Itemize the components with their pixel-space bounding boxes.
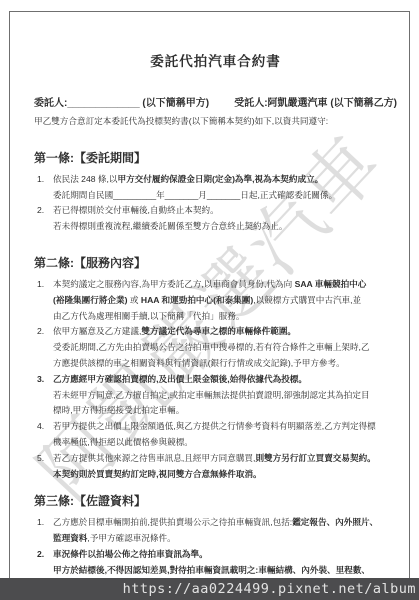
text-segment: 機率極低,得拒絕以此價格參與競標。 xyxy=(53,437,193,447)
text-line: 標時,甲方得拒絕接受此拍定車輛。 xyxy=(53,403,397,419)
text-line: 乙方應於目標車輛開拍前,提供拍賣場公示之待拍車輛資訊,包括:鑑定報告、內外照片、 xyxy=(53,515,397,531)
item-number: 1. xyxy=(37,515,44,531)
list-item: 5. 若乙方提供其他來源之待售車訊息,且經甲方同意購買,則雙方另行訂立買賣交易契… xyxy=(34,451,397,483)
text-segment: 若乙方提供其他來源之待售車訊息,且經甲方同意購買, xyxy=(53,453,255,463)
text-line: 本契約議定之服務內容,為甲方委託乙方,以車商會員身份,代為向 SAA 車輛競拍中… xyxy=(53,277,397,293)
party-principal: 委託人:_____________ (以下簡稱甲方) xyxy=(34,94,209,109)
text-line: 若已得標則於交付車輛後,自動終止本契約。 xyxy=(53,203,397,219)
item-number: 4. xyxy=(37,419,44,435)
text-segment: 甲方於結標後,不得因認知差異,對待拍車輛資訊載明之:車輛結構、內外裝、里程數、 xyxy=(53,565,370,575)
list-item: 3. 乙方應經甲方確認拍賣標的,及出價上限金額後,始得依據代為投標。 若未經甲方… xyxy=(34,372,397,419)
text-segment: 若甲方提供之出價上限金額過低,與乙方提供之行情參考資料有明顯落差,乙方判定得標 xyxy=(53,421,376,431)
text-line: 本契約則於買賣契約訂定時,視同雙方合意無條件取消。 xyxy=(53,467,397,483)
list-item: 1. 依民法 248 條,以甲方交付履約保證金日期(定金)為準,視為本契約成立。… xyxy=(34,172,397,204)
text-segment: 乙方應於目標車輛開拍前,提供拍賣場公示之待拍車輛資訊,包括: xyxy=(53,517,292,527)
text-segment: 本契約則於買賣契約訂定時,視同雙方合意無條件取消。 xyxy=(53,469,262,479)
text-segment: 甲方交付履約保證金日期(定金)為準,視為本契約成立。 xyxy=(117,174,323,184)
text-line: 受委託期間,乙方先由拍賣場公告之待拍車中搜尋標的,若有符合條件之車輛上架時,乙 xyxy=(53,340,397,356)
text-segment: HAA 和運勁拍中心(和泰集團) xyxy=(141,295,253,305)
text-line: 若甲方提供之出價上限金額過低,與乙方提供之行情參考資料有明顯落差,乙方判定得標 xyxy=(53,419,397,435)
item-number: 2. xyxy=(37,203,44,219)
text-segment: 雙方議定代為尋車之標的車輛條件範圍。 xyxy=(141,326,296,336)
text-segment: 監理資料 xyxy=(53,533,87,543)
url-text: https://aa0224499.pixnet.net/album xyxy=(123,581,416,597)
text-line: 監理資料,予甲方確認車況條件。 xyxy=(53,531,397,547)
text-line: 依民法 248 條,以甲方交付履約保證金日期(定金)為準,視為本契約成立。 xyxy=(53,172,397,188)
text-segment: 車況條件以拍場公佈之待拍車資訊為準。 xyxy=(53,549,208,559)
text-segment: 若未經甲方同意,乙方擅自拍定,或拍定車輛無法提供拍賣證明,卻強制認定其為拍定目 xyxy=(53,390,370,400)
text-segment: 或 xyxy=(127,295,140,305)
text-line: 乙方應經甲方確認拍賣標的,及出價上限金額後,始得依據代為投標。 xyxy=(53,372,397,388)
text-segment: 若已得標則於交付車輛後,自動終止本契約。 xyxy=(53,205,219,215)
item-number: 5. xyxy=(37,451,44,467)
text-segment: 方應提供該標的車之相關資料與行情資訊(銀行行情或成交記錄),予甲方參考。 xyxy=(53,358,345,368)
text-segment: 鑑定報告、內外照片、 xyxy=(292,517,378,527)
document-page: 阿凱嚴選汽車 委託代拍汽車合約書 委託人:_____________ (以下簡稱… xyxy=(9,11,410,600)
text-line: 依甲方屬意及乙方建議,雙方議定代為尋車之標的車輛條件範圍。 xyxy=(53,324,397,340)
section-commission-period: 第一條:【委託期間】 1. 依民法 248 條,以甲方交付履約保證金日期(定金)… xyxy=(34,151,397,235)
list-item: 1. 乙方應於目標車輛開拍前,提供拍賣場公示之待拍車輛資訊,包括:鑑定報告、內外… xyxy=(34,515,397,547)
list-item: 2. 車況條件以拍場公佈之待拍車資訊為準。 甲方於結標後,不得因認知差異,對待拍… xyxy=(34,547,397,579)
item-number: 1. xyxy=(37,172,44,188)
text-line: (裕隆集團行將企業) 或 HAA 和運勁拍中心(和泰集團),以競標方式購買中古汽… xyxy=(53,293,397,309)
section-heading: 第二條:【服務內容】 xyxy=(34,256,397,270)
text-segment: 由乙方代為處理相關手續,以下簡稱「代拍」服務。 xyxy=(53,311,244,321)
contract-content: 委託代拍汽車合約書 委託人:_____________ (以下簡稱甲方) 受託人… xyxy=(10,12,409,579)
item-number: 2. xyxy=(37,324,44,340)
text-segment: 乙方應經甲方確認拍賣標的,及出價上限金額後,始得依據代為投標。 xyxy=(53,374,307,384)
section-supporting-documents: 第三條:【佐證資料】 1. 乙方應於目標車輛開拍前,提供拍賣場公示之待拍車輛資訊… xyxy=(34,494,397,578)
list-item: 2. 依甲方屬意及乙方建議,雙方議定代為尋車之標的車輛條件範圍。 受委託期間,乙… xyxy=(34,324,397,371)
item-number: 3. xyxy=(37,372,44,388)
text-segment: 受委託期間,乙方先由拍賣場公告之待拍車中搜尋標的,若有符合條件之車輛上架時,乙 xyxy=(53,342,370,352)
section-service-content: 第二條:【服務內容】 1. 本契約議定之服務內容,為甲方委託乙方,以車商會員身份… xyxy=(34,256,397,482)
text-line: 方應提供該標的車之相關資料與行情資訊(銀行行情或成交記錄),予甲方參考。 xyxy=(53,356,397,372)
list-item: 2. 若已得標則於交付車輛後,自動終止本契約。 若未得標則重複流程,繼續委託關係… xyxy=(34,203,397,235)
contract-title: 委託代拍汽車合約書 xyxy=(34,50,397,70)
text-line: 委託期間自民國_________年_______月_______日起,正式確認委… xyxy=(53,188,397,204)
item-number: 1. xyxy=(37,277,44,293)
text-line: 甲方於結標後,不得因認知差異,對待拍車輛資訊載明之:車輛結構、內外裝、里程數、 xyxy=(53,563,397,579)
text-segment: 依甲方屬意及乙方建議, xyxy=(53,326,141,336)
list-item: 4. 若甲方提供之出價上限金額過低,與乙方提供之行情參考資料有明顯落差,乙方判定… xyxy=(34,419,397,451)
text-segment: 若未得標則重複流程,繼續委託關係至雙方合意終止契約為止。 xyxy=(53,221,287,231)
url-watermark-bar: https://aa0224499.pixnet.net/album xyxy=(0,578,419,600)
section-heading: 第三條:【佐證資料】 xyxy=(34,494,397,508)
list-item: 1. 本契約議定之服務內容,為甲方委託乙方,以車商會員身份,代為向 SAA 車輛… xyxy=(34,277,397,324)
text-line: 機率極低,得拒絕以此價格參與競標。 xyxy=(53,435,397,451)
text-segment: (裕隆集團行將企業) xyxy=(53,295,127,305)
text-segment: ,以競標方式購買中古汽車,並 xyxy=(253,295,361,305)
text-line: 若未經甲方同意,乙方擅自拍定,或拍定車輛無法提供拍賣證明,卻強制認定其為拍定目 xyxy=(53,388,397,404)
text-line: 若未得標則重複流程,繼續委託關係至雙方合意終止契約為止。 xyxy=(53,219,397,235)
text-segment: 標時,甲方得拒絕接受此拍定車輛。 xyxy=(53,405,184,415)
text-segment: 依民法 248 條,以 xyxy=(53,174,117,184)
text-segment: 本契約議定之服務內容,為甲方委託乙方,以車商會員身份,代為向 xyxy=(53,279,295,289)
party-agent: 受託人:阿凱嚴選汽車 (以下簡稱乙方) xyxy=(234,94,397,109)
section-heading: 第一條:【委託期間】 xyxy=(34,151,397,165)
text-segment: 則雙方另行訂立買賣交易契約。 xyxy=(255,453,375,463)
item-number: 2. xyxy=(37,547,44,563)
text-segment: ,予甲方確認車況條件。 xyxy=(87,533,175,543)
text-segment: SAA 車輛競拍中心 xyxy=(295,279,367,289)
text-segment: 委託期間自民國_________年_______月_______日起,正式確認委… xyxy=(53,190,337,200)
text-line: 若乙方提供其他來源之待售車訊息,且經甲方同意購買,則雙方另行訂立買賣交易契約。 xyxy=(53,451,397,467)
party-line: 委託人:_____________ (以下簡稱甲方) 受託人:阿凱嚴選汽車 (以… xyxy=(34,94,397,109)
text-line: 由乙方代為處理相關手續,以下簡稱「代拍」服務。 xyxy=(53,309,397,325)
text-line: 車況條件以拍場公佈之待拍車資訊為準。 xyxy=(53,547,397,563)
contract-intro: 甲乙雙方合意訂定本委託代為投標契約書(以下簡稱本契約)如下,以資共同遵守: xyxy=(34,114,397,130)
